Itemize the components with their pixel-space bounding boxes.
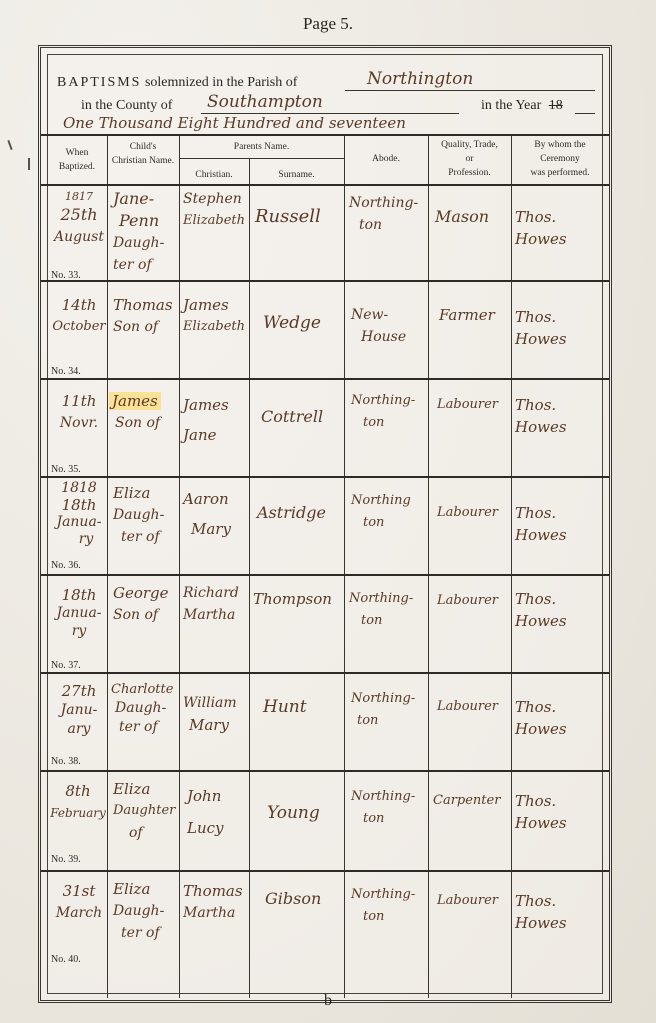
col-abode: Abode.: [344, 152, 428, 166]
col-child-line: Child's: [107, 140, 179, 154]
entry-day: 31st: [49, 880, 109, 902]
entry-number: No. 38.: [51, 756, 81, 767]
quality: Labourer: [437, 696, 498, 718]
entry-month: October: [51, 316, 107, 338]
col-child-line: Christian Name.: [107, 154, 179, 168]
col-divider: [107, 136, 108, 998]
entry-year: 1818: [51, 480, 107, 497]
child-name: Jane-: [113, 188, 179, 210]
mother-name: Martha: [183, 604, 249, 626]
entry-month: ry: [51, 531, 107, 548]
surname: Cottrell: [261, 406, 323, 428]
child-name-highlighted: James: [109, 390, 179, 412]
highlighted-name[interactable]: James: [109, 392, 161, 410]
child-relation: ter of: [113, 254, 179, 276]
abode: ton: [349, 610, 427, 632]
col-divider: [428, 136, 429, 998]
child-relation: Daughter: [113, 800, 179, 822]
entry-month: February: [47, 802, 109, 824]
entry-number: No. 39.: [51, 854, 81, 865]
col-quality-line: Profession.: [428, 166, 511, 180]
mother-name: Elizabeth: [183, 316, 249, 338]
col-parents-christian: Christian.: [179, 168, 249, 182]
entry-day: 27th: [51, 682, 107, 701]
entry-number: No. 40.: [51, 954, 81, 965]
signature-mark: b: [0, 992, 656, 1010]
quality: Labourer: [437, 590, 498, 612]
county-value: Southampton: [207, 92, 323, 112]
child-relation: Daugh-: [113, 232, 179, 254]
register-frame: BAPTISMS solemnized in the Parish of Nor…: [38, 45, 612, 1003]
officiant: Thos. Howes: [515, 588, 609, 632]
child-relation: Daugh-: [113, 900, 179, 922]
entry-month: March: [49, 902, 109, 924]
entry-year: 1817: [51, 190, 107, 204]
margin-mark: [7, 140, 12, 150]
quality: Labourer: [437, 502, 498, 524]
baptisms-label: BAPTISMS: [57, 75, 141, 90]
entry-day: 11th: [51, 390, 107, 412]
surname: Gibson: [265, 888, 321, 910]
father-name: John: [187, 780, 249, 812]
col-divider: [179, 136, 180, 998]
entry-month: Janu-: [51, 701, 107, 720]
col-when-line: Baptized.: [47, 160, 107, 174]
surname: Hunt: [263, 696, 307, 718]
header-divider: [41, 134, 609, 136]
page-title: Page 5.: [0, 14, 656, 34]
entry-month: August: [51, 226, 107, 248]
quality: Carpenter: [433, 790, 500, 812]
col-by-whom-line: By whom the: [511, 138, 609, 152]
header-line-2: in the County of: [81, 98, 172, 114]
entry-number: No. 36.: [51, 560, 81, 571]
col-when: When Baptized.: [47, 146, 107, 174]
surname: Russell: [255, 206, 321, 228]
row-divider: [41, 672, 609, 674]
abode: ton: [351, 412, 427, 434]
mother-name: Martha: [183, 902, 249, 924]
mother-name: Elizabeth: [183, 210, 249, 232]
abode: ton: [351, 906, 427, 928]
child-name: Charlotte: [111, 680, 179, 699]
row-divider: [41, 476, 609, 478]
col-divider: [249, 158, 250, 998]
child-name: Eliza: [113, 778, 179, 800]
entry-day: 14th: [51, 294, 107, 316]
col-quality-line: or: [428, 152, 511, 166]
abode: Northing-: [349, 192, 425, 214]
father-name: James: [183, 390, 249, 420]
entry-number: No. 37.: [51, 660, 81, 671]
surname: Wedge: [263, 312, 321, 334]
child-relation: Son of: [109, 412, 179, 434]
abode: ton: [349, 214, 425, 236]
col-by-whom-line: was performed.: [511, 166, 609, 180]
col-when-line: When: [47, 146, 107, 160]
officiant: Thos. Howes: [515, 502, 609, 546]
child-name: Penn: [113, 210, 179, 232]
header-line-1: BAPTISMS solemnized in the Parish of: [57, 75, 297, 91]
child-relation: ter of: [113, 922, 179, 944]
child-relation: ter of: [113, 526, 179, 548]
child-relation: of: [113, 822, 179, 844]
row-divider: [41, 770, 609, 772]
surname: Thompson: [253, 588, 332, 610]
child-name: Eliza: [113, 482, 179, 504]
parish-value: Northington: [367, 69, 473, 89]
father-name: William: [183, 692, 249, 714]
row-divider: [41, 574, 609, 576]
surname: Astridge: [257, 502, 326, 524]
officiant: Thos. Howes: [515, 394, 609, 438]
abode: ton: [351, 512, 427, 534]
abode: Northing-: [351, 884, 427, 906]
officiant: Thos. Howes: [515, 890, 609, 934]
col-divider: [511, 136, 512, 998]
officiant: Thos. Howes: [515, 206, 609, 250]
parish-field: Northington: [345, 68, 595, 91]
year-label-text: in the Year: [481, 98, 541, 113]
year-printed: 18: [549, 98, 563, 113]
abode: Northing: [351, 490, 427, 512]
entry-month: Novr.: [51, 412, 107, 434]
county-label: in the County of: [81, 98, 172, 113]
solemnized-text: solemnized in the Parish of: [145, 75, 297, 90]
year-blank: [575, 91, 595, 114]
quality: Mason: [435, 206, 489, 228]
entry-month: ry: [51, 622, 107, 640]
father-name: James: [183, 294, 249, 316]
row-divider: [41, 870, 609, 872]
year-label: in the Year 18: [481, 98, 563, 114]
mother-name: Mary: [183, 514, 249, 544]
entry-day: 18th: [51, 586, 107, 604]
abode: Northing-: [349, 588, 427, 610]
entry-month: Janua-: [51, 514, 107, 531]
abode: House: [351, 326, 427, 348]
year-written: One Thousand Eight Hundred and seventeen: [63, 114, 406, 132]
entry-month: Janua-: [51, 604, 107, 622]
entry-day: 25th: [51, 204, 107, 226]
abode: Northing-: [351, 688, 427, 710]
child-relation: Son of: [113, 316, 179, 338]
col-by-whom: By whom the Ceremony was performed.: [511, 138, 609, 180]
entry-day: 8th: [47, 780, 109, 802]
col-quality-line: Quality, Trade,: [428, 138, 511, 152]
mother-name: Mary: [183, 714, 249, 736]
col-parents: Parents Name.: [179, 140, 344, 154]
surname: Young: [267, 802, 320, 824]
county-field: Southampton: [201, 91, 459, 114]
child-relation: ter of: [111, 718, 179, 737]
margin-mark: [28, 158, 30, 170]
col-divider: [344, 136, 345, 998]
father-name: Stephen: [183, 188, 249, 210]
officiant: Thos. Howes: [515, 790, 609, 834]
abode: ton: [351, 710, 427, 732]
mother-name: Lucy: [187, 812, 249, 844]
quality: Labourer: [437, 394, 498, 416]
abode: New-: [351, 304, 427, 326]
quality: Farmer: [439, 304, 495, 326]
col-by-whom-line: Ceremony: [511, 152, 609, 166]
quality: Labourer: [437, 890, 498, 912]
abode: ton: [351, 808, 427, 830]
entry-number: No. 34.: [51, 366, 81, 377]
row-divider: [41, 280, 609, 282]
father-name: Aaron: [183, 484, 249, 514]
child-relation: Daugh-: [113, 504, 179, 526]
col-child: Child's Christian Name.: [107, 140, 179, 168]
officiant: Thos. Howes: [515, 696, 609, 740]
mother-name: Jane: [183, 420, 249, 450]
abode: Northing-: [351, 786, 427, 808]
entry-number: No. 35.: [51, 464, 81, 475]
father-name: Thomas: [183, 880, 249, 902]
entry-month: ary: [51, 720, 107, 739]
child-name: George: [113, 582, 179, 604]
columns-divider: [41, 184, 609, 186]
col-quality: Quality, Trade, or Profession.: [428, 138, 511, 180]
father-name: Richard: [183, 582, 249, 604]
abode: Northing-: [351, 390, 427, 412]
row-divider: [41, 378, 609, 380]
col-parents-surname: Surname.: [249, 168, 344, 182]
child-relation: Daugh-: [111, 699, 179, 718]
parents-subdivider: [179, 158, 344, 159]
officiant: Thos. Howes: [515, 306, 609, 350]
child-name: Thomas: [113, 294, 179, 316]
child-name: Eliza: [113, 878, 179, 900]
child-relation: Son of: [113, 604, 179, 626]
entry-day: 18th: [51, 497, 107, 514]
